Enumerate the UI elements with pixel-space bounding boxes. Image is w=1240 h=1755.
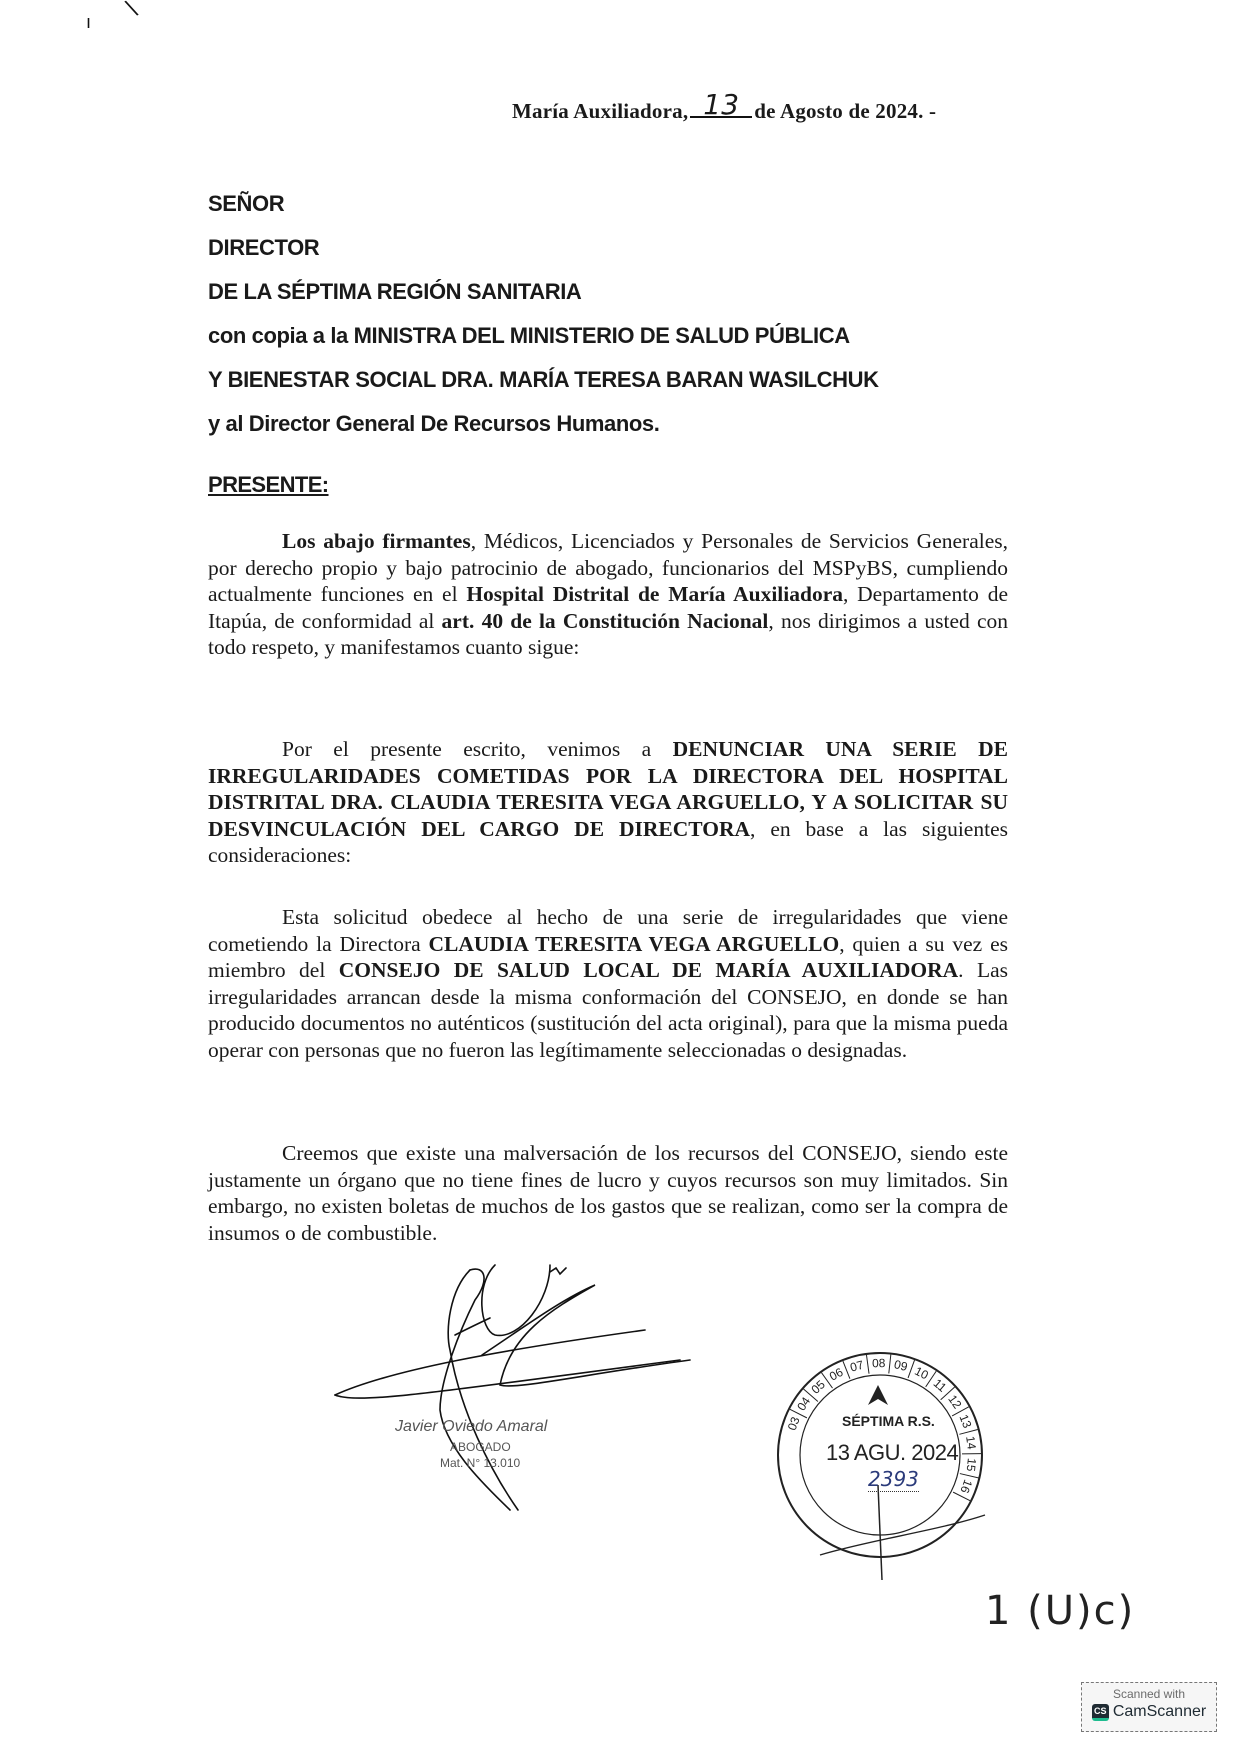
signatory-name: Javier Oviedo Amaral: [395, 1418, 547, 1436]
reception-stamp: 0304050607080910111213141516 SÉPTIMA R.S…: [760, 1345, 1000, 1585]
scan-mark: ı: [86, 12, 91, 33]
watermark-brand: CamScanner: [1113, 1703, 1206, 1721]
dateline-day-handwritten: 13: [690, 94, 752, 118]
signature-block: Javier Oviedo Amaral ABOGADO Mat. N° 13.…: [300, 1260, 720, 1540]
addressee-line: DE LA SÉPTIMA REGIÓN SANITARIA: [208, 270, 879, 314]
svg-text:16: 16: [957, 1478, 975, 1496]
text: Por el presente escrito, venimos a: [282, 737, 673, 761]
svg-text:03: 03: [785, 1415, 803, 1433]
dateline-rest: de Agosto de 2024. -: [754, 99, 936, 123]
bold-text: art. 40 de la Constitución Nacional: [442, 609, 769, 633]
stamp-number-handwritten: 2393: [868, 1467, 919, 1492]
handwritten-signature-icon: [300, 1260, 720, 1540]
text: Creemos que existe una malversación de l…: [208, 1141, 1008, 1245]
dateline-place: María Auxiliadora,: [512, 99, 688, 123]
svg-text:08: 08: [872, 1356, 886, 1370]
svg-text:06: 06: [827, 1365, 846, 1384]
svg-text:10: 10: [912, 1364, 931, 1383]
svg-text:15: 15: [964, 1457, 979, 1472]
paragraph-denuncia: Por el presente escrito, venimos a DENUN…: [208, 736, 1008, 869]
signatory-registration: Mat. N° 13.010: [440, 1456, 520, 1470]
salutation: PRESENTE:: [208, 472, 329, 498]
addressee-block: SEÑOR DIRECTOR DE LA SÉPTIMA REGIÓN SANI…: [208, 182, 879, 446]
svg-text:13: 13: [956, 1413, 974, 1431]
scan-mark: \: [123, 0, 140, 21]
addressee-line: Y BIENESTAR SOCIAL DRA. MARÍA TERESA BAR…: [208, 358, 879, 402]
bold-text: Los abajo firmantes: [282, 529, 471, 553]
svg-text:14: 14: [963, 1435, 979, 1450]
dateline: María Auxiliadora,13de Agosto de 2024. -: [512, 98, 936, 124]
paragraph-intro: Los abajo firmantes, Médicos, Licenciado…: [208, 528, 1008, 661]
bold-text: Hospital Distrital de María Auxiliadora: [466, 582, 843, 606]
svg-text:07: 07: [849, 1358, 866, 1375]
addressee-line: con copia a la MINISTRA DEL MINISTERIO D…: [208, 314, 879, 358]
paragraph-malversacion: Creemos que existe una malversación de l…: [208, 1140, 1008, 1246]
addressee-line: DIRECTOR: [208, 226, 879, 270]
addressee-line: y al Director General De Recursos Humano…: [208, 402, 879, 446]
signatory-title: ABOGADO: [450, 1440, 511, 1454]
stamp-entity: SÉPTIMA R.S.: [842, 1413, 935, 1429]
svg-text:09: 09: [893, 1357, 909, 1374]
scanned-document-page: ı \ María Auxiliadora,13de Agosto de 202…: [0, 0, 1240, 1755]
stamp-date: 13 AGU. 2024: [826, 1440, 958, 1466]
camscanner-logo-icon: CS: [1092, 1704, 1109, 1721]
addressee-line: SEÑOR: [208, 182, 879, 226]
bold-text: CONSEJO DE SALUD LOCAL DE MARÍA AUXILIAD…: [339, 958, 958, 982]
camscanner-watermark: Scanned with CS CamScanner: [1081, 1682, 1217, 1732]
paragraph-solicitud: Esta solicitud obedece al hecho de una s…: [208, 904, 1008, 1063]
watermark-line1: Scanned with: [1082, 1687, 1216, 1701]
bold-text: CLAUDIA TERESITA VEGA ARGUELLO: [429, 932, 840, 956]
handwritten-note: 1 (U)c): [985, 1588, 1135, 1634]
